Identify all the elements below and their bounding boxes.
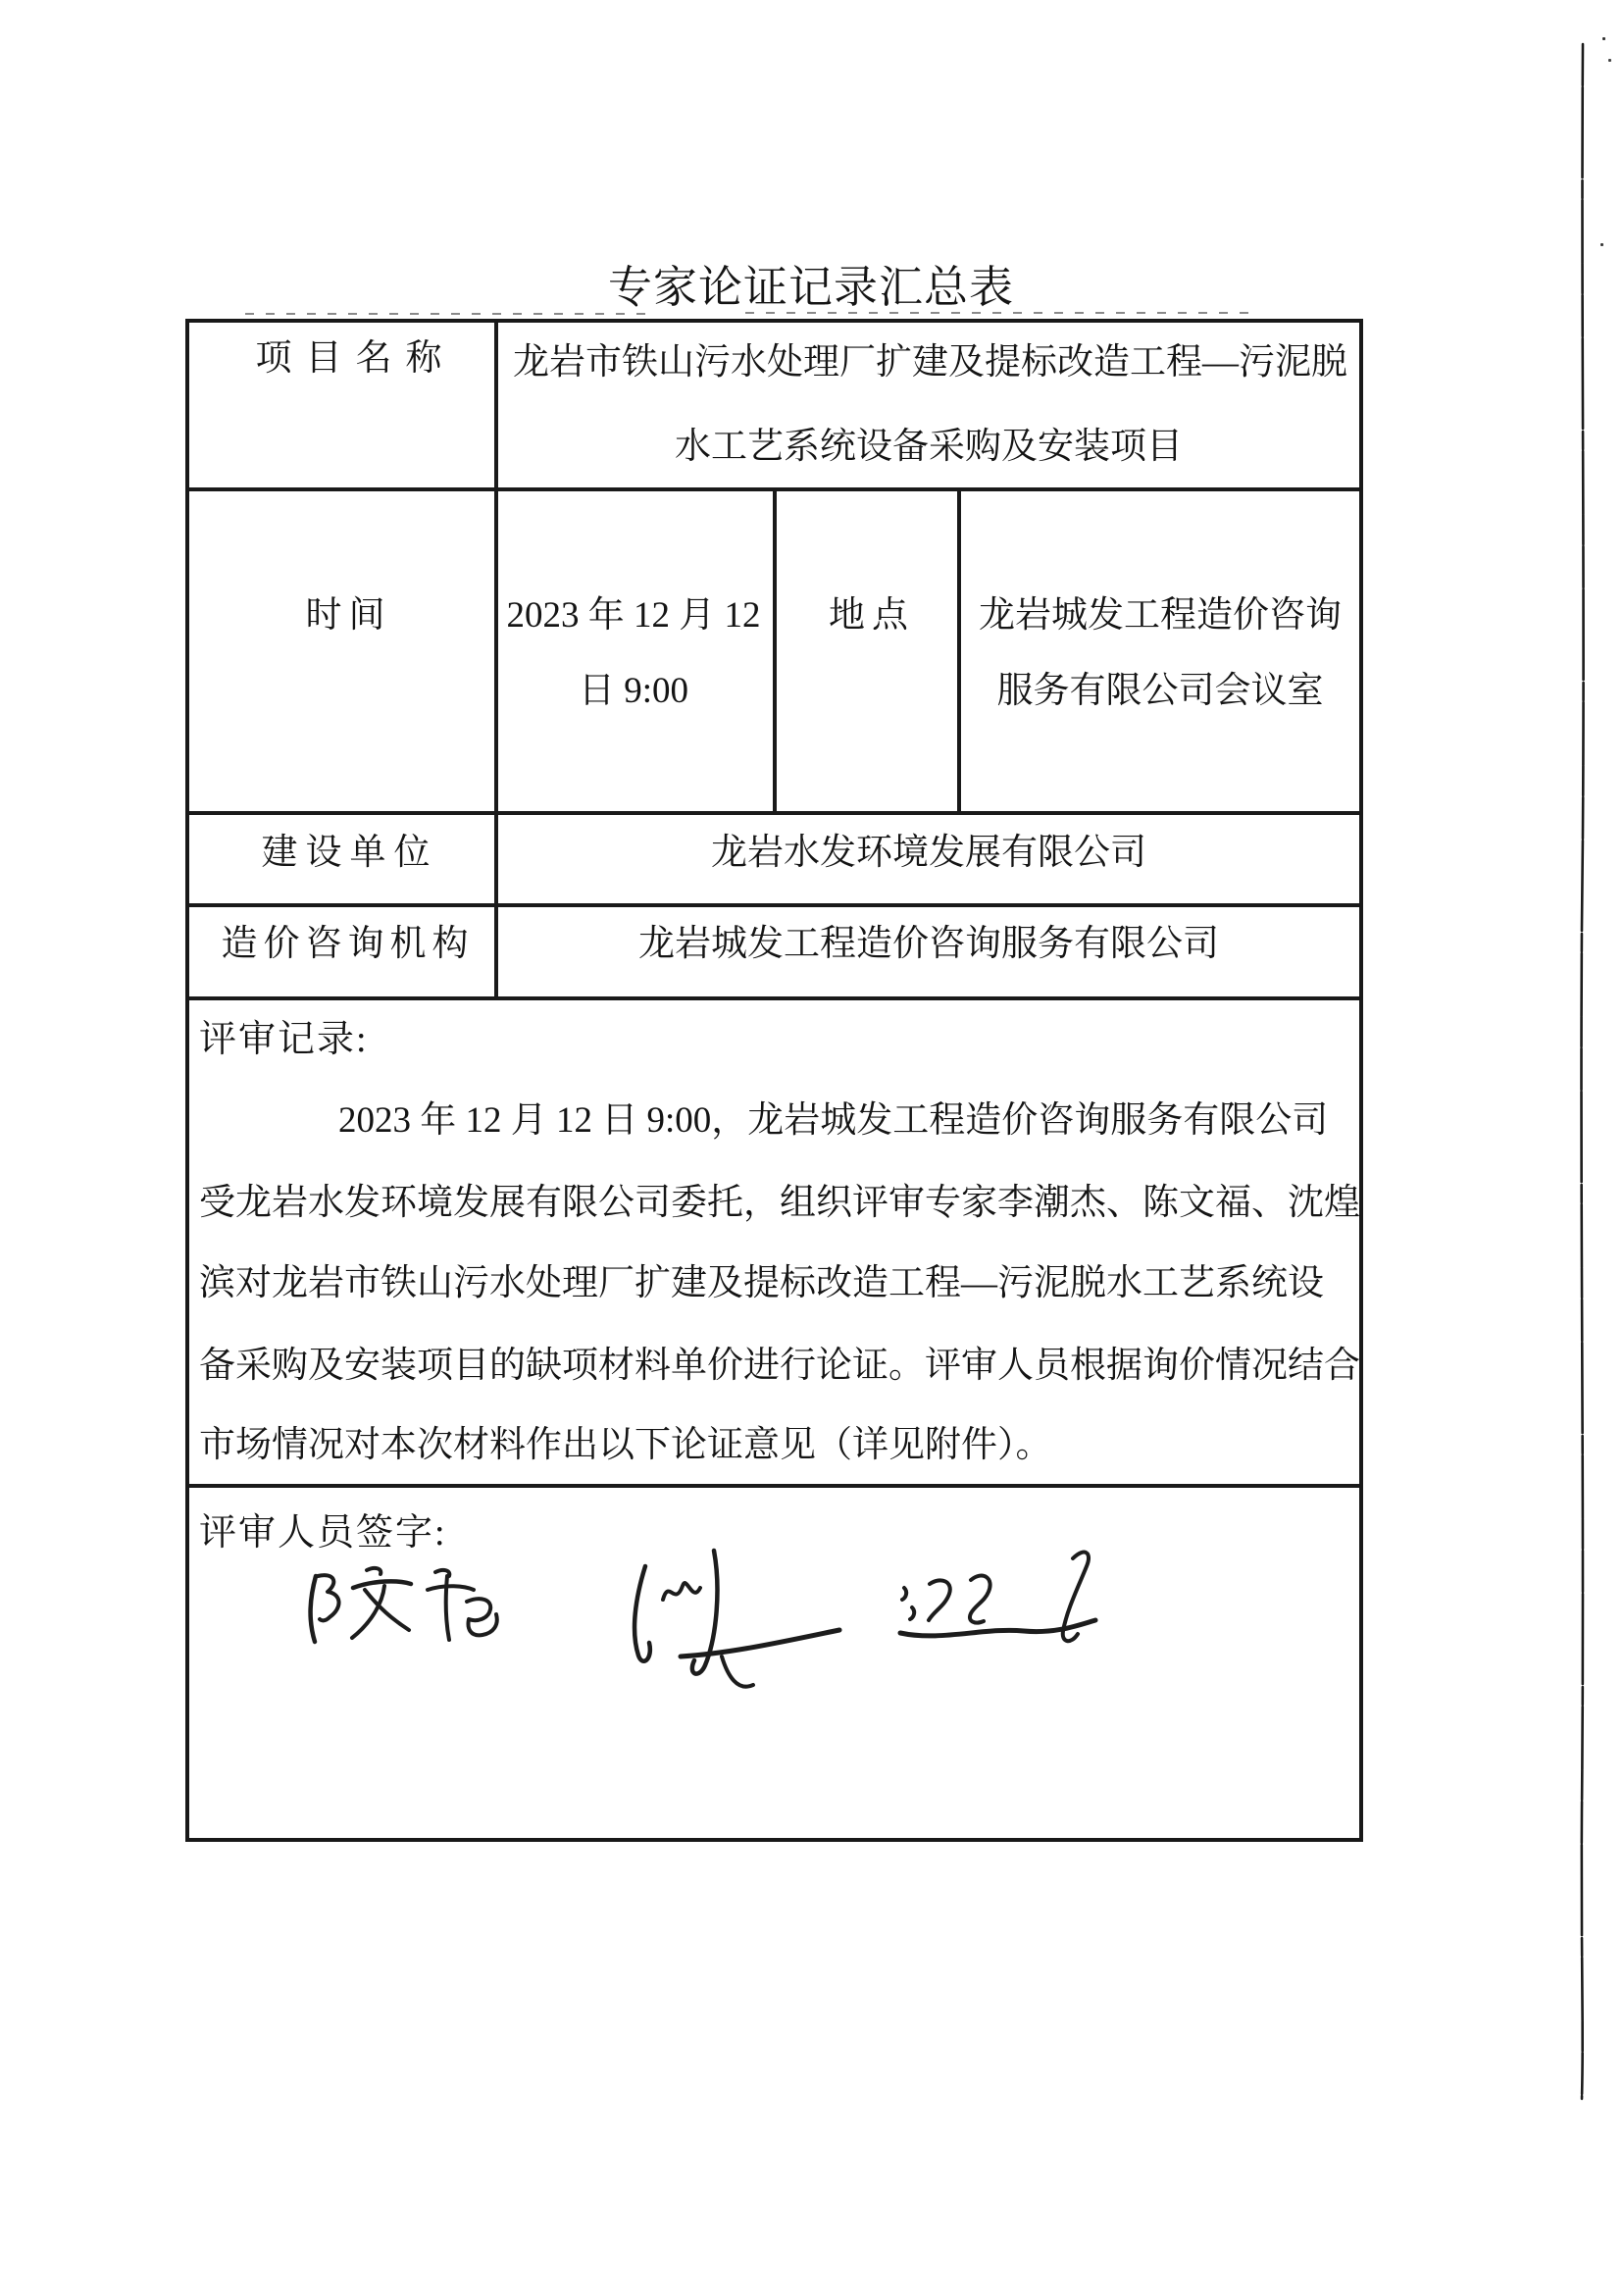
project-value-line2: 水工艺系统设备采购及安装项目	[494, 427, 1363, 469]
project-label: 项目名称	[189, 338, 508, 381]
place-value-line2: 服务有限公司会议室	[957, 671, 1363, 713]
grid-line-row4-bottom	[189, 996, 1359, 1000]
time-label: 时间	[189, 595, 501, 637]
review-paragraph-line: 受龙岩水发环境发展有限公司委托，组织评审专家李潮杰、陈文福、沈煌	[199, 1183, 1360, 1225]
handwritten-signatures	[282, 1537, 1136, 1713]
place-value-line1: 龙岩城发工程造价咨询	[957, 595, 1363, 637]
review-paragraph-line: 2023 年 12 月 12 日 9:00，龙岩城发工程造价咨询服务有限公司	[338, 1100, 1328, 1143]
page-title: 专家论证记录汇总表	[608, 251, 1014, 315]
project-value-line1: 龙岩市铁山污水处理厂扩建及提标改造工程—污泥脱	[513, 342, 1347, 384]
builder-value: 龙岩水发环境发展有限公司	[494, 833, 1363, 875]
summary-table: 项目名称 龙岩市铁山污水处理厂扩建及提标改造工程—污泥脱 水工艺系统设备采购及安…	[185, 319, 1363, 1842]
review-paragraph-line: 备采购及安装项目的缺项材料单价进行论证。评审人员根据询价情况结合	[199, 1346, 1360, 1388]
signature-chen-wenfu	[311, 1568, 497, 1642]
grid-line-row3-bottom	[189, 903, 1359, 907]
grid-line-place-column	[957, 487, 961, 815]
builder-label: 建设单位	[189, 833, 502, 875]
time-value-line1: 2023 年 12 月 12	[494, 595, 773, 637]
consultant-label: 造价咨询机构	[189, 924, 500, 966]
grid-line-label-column	[494, 323, 498, 1000]
review-paragraph-line: 滨对龙岩市铁山污水处理厂扩建及提标改造工程—污泥脱水工艺系统设	[199, 1263, 1324, 1305]
time-value-line2: 日 9:00	[494, 671, 773, 713]
grid-line-time-column	[773, 487, 777, 815]
scan-speck	[1602, 37, 1605, 40]
review-paragraph-line: 市场情况对本次材料作出以下论证意见（详见附件）。	[199, 1425, 1052, 1467]
signature-shen-huangbin	[900, 1553, 1095, 1642]
scan-artifact-line	[1579, 44, 1589, 2099]
consultant-value: 龙岩城发工程造价咨询服务有限公司	[494, 924, 1363, 966]
signature-li-chaojie	[634, 1551, 839, 1687]
review-label: 评审记录:	[199, 1019, 369, 1062]
document-page: 专家论证记录汇总表 项目名称 龙岩市铁山污水处理厂扩建及提标改造工程—污泥脱 水…	[0, 0, 1624, 2293]
scan-noise-top	[245, 313, 657, 315]
grid-line-row5-bottom	[189, 1484, 1359, 1488]
place-label: 地点	[773, 595, 964, 637]
